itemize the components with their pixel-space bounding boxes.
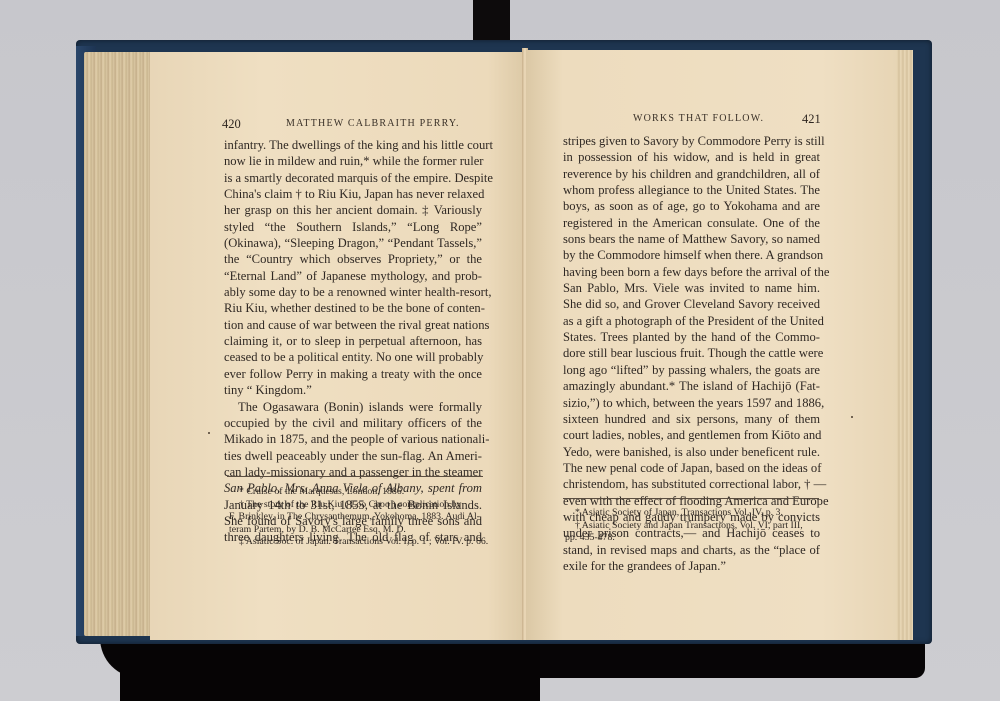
text-line: tion and cause of war between the rival … [224, 317, 482, 333]
right-footnotes: * Asiatic Society of Japan, Transactions… [565, 507, 823, 545]
text-line: her grasp on this her ancient domain. ‡ … [224, 202, 482, 218]
text-line: Yedo, were banished, is also under benef… [563, 444, 820, 460]
text-line: ever follow Perry in making a treaty wit… [224, 366, 482, 382]
text-line: reverence by his children and grandchild… [563, 166, 820, 182]
left-page-number: 420 [222, 117, 241, 132]
footnote-rule [227, 476, 483, 477]
text-line: as a gift a photograph of the President … [563, 313, 820, 329]
text-line: is a smartly decorated marquis of the em… [224, 170, 482, 186]
left-footnotes: * Cruise of the Marquesas, London, 1886.… [229, 486, 487, 549]
footnote: * Cruise of the Marquesas, London, 1886. [229, 486, 487, 499]
page-block-left [84, 52, 150, 636]
text-line: The new penal code of Japan, based on th… [563, 460, 820, 476]
text-line: San Pablo, Mrs. Viele was invited to nam… [563, 280, 820, 296]
text-line: can lady-missionary and a passenger in t… [224, 464, 482, 480]
text-line: sizio,”) to which, between the years 159… [563, 395, 820, 411]
text-line: occupied by the civil and military offic… [224, 415, 482, 431]
text-line: amazingly abundant.* The island of Hachi… [563, 378, 820, 394]
text-line: Mikado in 1875, and the people of variou… [224, 431, 482, 447]
text-line: having been born a few days before the a… [563, 264, 820, 280]
text-line: The Ogasawara (Bonin) islands were forma… [224, 399, 482, 415]
text-line: “Eternal Land” of Japanese mythology, an… [224, 268, 482, 284]
text-line: by the Commodore himself when there. A g… [563, 247, 820, 263]
text-line: the “Country which observes Propriety,” … [224, 251, 482, 267]
text-line: dore still bear luscious fruit. Though t… [563, 345, 820, 361]
text-line: now lie in mildew and ruin,* while the f… [224, 153, 482, 169]
text-line: Riu Kiu, whether destined to be the bone… [224, 300, 482, 316]
text-line: ties dwell peaceably under the sun-flag.… [224, 448, 482, 464]
text-line: ceased to be a political entity. No one … [224, 349, 482, 365]
footnote: † Asiatic Society and Japan Transactions… [565, 520, 823, 533]
text-line: She did so, and Grover Cleveland Savory … [563, 296, 820, 312]
paper-speck [208, 432, 210, 434]
text-line: exile for the grandees of Japan.” [563, 558, 820, 574]
text-line: ably some day to be a renowned winter he… [224, 284, 482, 300]
left-body-text: infantry. The dwellings of the king and … [224, 137, 482, 546]
text-line: court ladies, nobles, and gentlemen from… [563, 427, 820, 443]
left-running-head: MATTHEW CALBRAITH PERRY. [286, 118, 460, 129]
text-line: christendom, has substituted correctiona… [563, 476, 820, 492]
footnote: teram Partem, by D. B. McCartee Esq. M. … [229, 524, 487, 537]
text-line: (Okinawa), “Sleeping Dragon,” “Pendant T… [224, 235, 482, 251]
footnote-rule [563, 498, 819, 499]
book-shadow-lower [120, 640, 540, 701]
text-line: long ago “lifted” by passing whalers, th… [563, 362, 820, 378]
footnote: F. Brinkley, in The Chrysanthemum, Yokoh… [229, 511, 487, 524]
text-line: stripes given to Savory by Commodore Per… [563, 133, 820, 149]
text-line: sixteen hundred and six persons, many of… [563, 411, 820, 427]
text-line: tiny “ Kingdom.” [224, 382, 482, 398]
footnote: * Asiatic Society of Japan, Transactions… [565, 507, 823, 520]
text-line: claiming it, or to sleep in perpetual af… [224, 333, 482, 349]
paper-speck [851, 416, 853, 418]
text-line: in possession of his widow, and is held … [563, 149, 820, 165]
right-page-number: 421 [802, 112, 821, 127]
text-line: registered in the American consulate. On… [563, 215, 820, 231]
right-running-head: WORKS THAT FOLLOW. [633, 113, 764, 124]
footnote: pp. 435-478. [565, 532, 823, 545]
text-line: China's claim † to Riu Kiu, Japan has ne… [224, 186, 482, 202]
text-line: styled “the Southern Islands,” “Long Rop… [224, 219, 482, 235]
page-block-right [893, 50, 913, 640]
text-line: infantry. The dwellings of the king and … [224, 137, 482, 153]
text-line: States. Trees planted by the hand of the… [563, 329, 820, 345]
footnote: ‡ Asiatic Soc. of Japan. Transactions Vo… [229, 536, 487, 549]
text-line: whom profess allegiance to the United St… [563, 182, 820, 198]
footnote: † The story of the Riu Kiu ( Loo Choo ) … [229, 499, 487, 512]
text-line: boys, as soon as of age, go to Yokohama … [563, 198, 820, 214]
text-line: sons bears the name of Matthew Savory, s… [563, 231, 820, 247]
